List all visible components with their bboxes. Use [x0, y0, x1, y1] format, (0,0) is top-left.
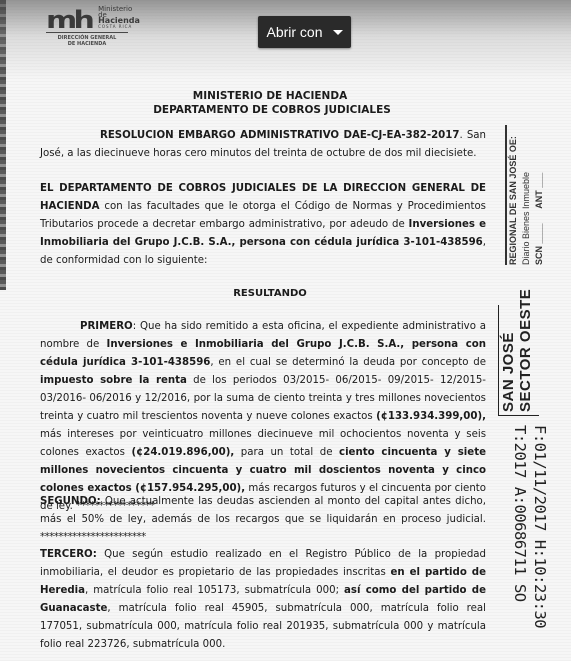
ministry-heading: MINISTERIO DE HACIENDA	[120, 89, 420, 103]
scan-edge-strip	[0, 0, 6, 290]
section-title: RESULTANDO	[120, 287, 420, 301]
segundo-paragraph: SEGUNDO: Que actualmente las deudas asci…	[40, 493, 486, 547]
primero-text-2: , en el cual se determinó la deuda por c…	[210, 357, 486, 368]
receipt-stamp-line1: T:2017 A:00686711 SO	[510, 425, 530, 655]
segundo-stars: ***********************	[40, 532, 146, 543]
primero-tax-type: impuesto sobre la renta	[40, 375, 187, 386]
primero-paragraph: PRIMERO: Que ha sido remitido a esta ofi…	[40, 318, 486, 516]
tercero-label: TERCERO:	[40, 549, 97, 560]
interest-amount: (¢24.019.896,00),	[132, 447, 235, 458]
logo-sub2: DE HACIENDA	[46, 41, 128, 47]
department-heading: DEPARTAMENTO DE COBROS JUDICIALES	[112, 103, 432, 117]
sector-stamp-line1: SAN JOSÉ	[500, 304, 517, 412]
tercero-text-3: , matrícula folio real 45905, submatrícu…	[40, 603, 486, 650]
caret-down-icon	[333, 30, 343, 35]
tercero-text-2: , matrícula folio real 105173, submatríc…	[85, 585, 344, 596]
receipt-timestamp-stamp: F:01/11/2017 H:10:23:30 T:2017 A:0068671…	[500, 425, 550, 655]
regional-stamp-line1: REGIONAL DE SAN JOSÉ OE:	[507, 125, 520, 265]
regional-stamp-line3: SCN ____ ANT ___	[533, 125, 546, 265]
regional-stamp-line2: Diario Bienes Inmueble	[520, 125, 533, 265]
sector-stamp-line2: SECTOR OESTE	[517, 304, 534, 412]
open-with-label: Abrir con	[266, 24, 322, 40]
intro-paragraph: EL DEPARTAMENTO DE COBROS JUDICIALES DE …	[40, 180, 486, 270]
open-with-button[interactable]: Abrir con	[258, 16, 351, 48]
primero-label: PRIMERO	[80, 321, 133, 332]
segundo-label: SEGUNDO:	[40, 496, 101, 507]
regional-registry-stamp: REGIONAL DE SAN JOSÉ OE: Diario Bienes I…	[505, 125, 553, 265]
resolution-title: RESOLUCION EMBARGO ADMINISTRATIVO DAE-CJ…	[100, 130, 459, 141]
hacienda-logo: mh Ministerio de Hacienda COSTA RICA DIR…	[46, 6, 136, 47]
scanned-document-page: mh Ministerio de Hacienda COSTA RICA DIR…	[0, 0, 571, 661]
sector-stamp: SAN JOSÉ SECTOR OESTE	[498, 305, 539, 416]
resolution-paragraph: RESOLUCION EMBARGO ADMINISTRATIVO DAE-CJ…	[40, 127, 486, 163]
principal-amount: (¢133.934.399,00),	[376, 411, 486, 422]
tercero-paragraph: TERCERO: Que según estudio realizado en …	[40, 546, 486, 654]
segundo-text: Que actualmente las deudas ascienden al …	[40, 496, 486, 525]
logo-mark: mh	[46, 10, 91, 30]
primero-text-5: para un total de	[234, 447, 339, 458]
receipt-stamp-line2: F:01/11/2017 H:10:23:30	[530, 425, 550, 655]
